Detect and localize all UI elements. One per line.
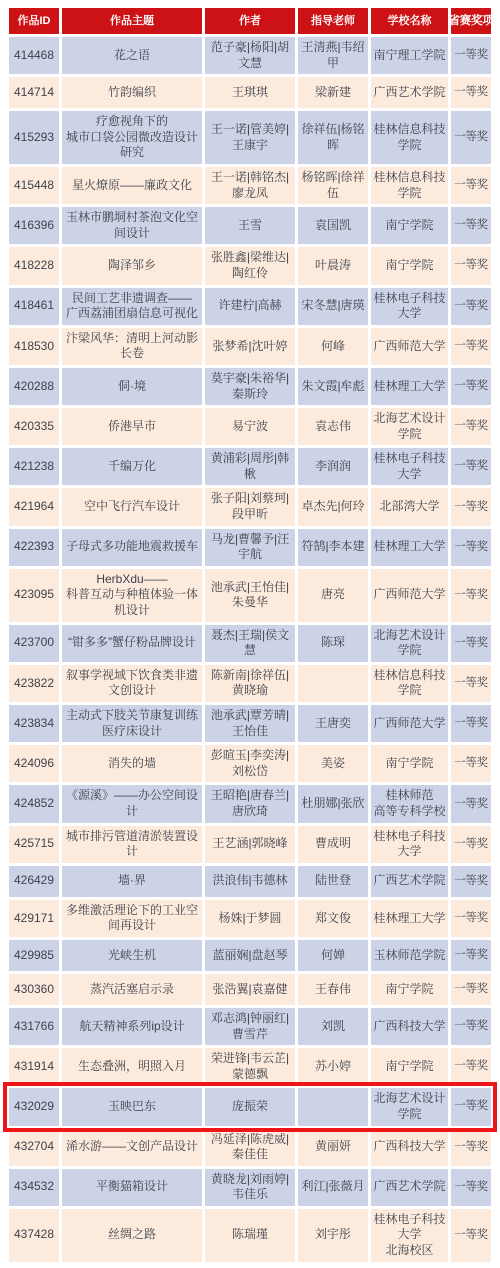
cell-work-id: 432704 [9, 1129, 59, 1166]
cell-topic: 城市排污管道清淤装置设计 [62, 826, 202, 863]
cell-school: 桂林理工大学 [371, 368, 448, 405]
cell-work-id: 429985 [9, 940, 59, 971]
cell-topic: 蒸汽活塞启示录 [62, 974, 202, 1005]
cell-work-id: 421238 [9, 448, 59, 485]
cell-topic: 生态叠洲，明照入月 [62, 1048, 202, 1085]
cell-topic: HerbXdu—— 科普互动与种植体验一体机设计 [62, 569, 202, 622]
cell-award: 一等奖 [451, 408, 491, 445]
cell-topic: 消失的墙 [62, 745, 202, 782]
cell-award: 一等奖 [451, 111, 491, 164]
table-row: 429171 多维激活理论下的工业空间再设计 杨姝|于梦圆 郑文俊 桂林理工大学… [9, 900, 491, 937]
cell-work-id: 430360 [9, 974, 59, 1005]
cell-work-id: 422393 [9, 529, 59, 566]
cell-topic: 丝绸之路 [62, 1209, 202, 1262]
cell-topic: 疗愈视角下的 城市口袋公园微改造设计研究 [62, 111, 202, 164]
table-row: 423700 “钳多多”蟹仔粉品牌设计 聂杰|王瑞|侯文慧 陈琛 北海艺术设计学… [9, 625, 491, 662]
cell-authors: 池承武|王怡佳|朱曼华 [205, 569, 295, 622]
cell-teachers: 杜朋娜|张欣 [298, 785, 368, 822]
table-row: 423834 主动式下肢关节康复训练医疗床设计 池承武|覃芳晴|王怡佳 王唐奕 … [9, 705, 491, 742]
cell-authors: 冯延泽|陈虎威|秦佳佳 [205, 1129, 295, 1166]
cell-authors: 黄晓龙|刘雨婷|韦佳乐 [205, 1169, 295, 1206]
cell-award: 一等奖 [451, 1048, 491, 1085]
cell-school: 北海艺术设计学院 [371, 1088, 448, 1125]
cell-authors: 许建柠|高赫 [205, 288, 295, 325]
table-row: 432029 玉映巴东 庞振荣 北海艺术设计学院 一等奖 [9, 1088, 491, 1125]
cell-school: 南宁学院 [371, 1048, 448, 1085]
cell-school: 广西艺术学院 [371, 77, 448, 108]
cell-authors: 张梦希|沈叶婷 [205, 328, 295, 365]
cell-teachers: 刘宇彤 [298, 1209, 368, 1262]
cell-award: 一等奖 [451, 665, 491, 702]
cell-work-id: 420335 [9, 408, 59, 445]
table-row: 420288 侗·境 莫宇豪|朱裕华|秦斯玲 朱文霞|牟彪 桂林理工大学 一等奖 [9, 368, 491, 405]
cell-award: 一等奖 [451, 1008, 491, 1045]
cell-teachers: 利江|张薇月 [298, 1169, 368, 1206]
cell-teachers: 王唐奕 [298, 705, 368, 742]
cell-award: 一等奖 [451, 77, 491, 108]
cell-school: 广西师范大学 [371, 705, 448, 742]
cell-authors: 王一诺|韩铭杰|廖龙凤 [205, 167, 295, 204]
cell-work-id: 431914 [9, 1048, 59, 1085]
cell-work-id: 424096 [9, 745, 59, 782]
table-row: 420335 侨港早市 易宁波 袁志伟 北海艺术设计学院 一等奖 [9, 408, 491, 445]
table-row: 422393 子母式多功能地震救援车 马龙|曹馨予|汪宇航 符鹄|李本建 桂林理… [9, 529, 491, 566]
cell-school: 南宁学院 [371, 974, 448, 1005]
header-cell-authors: 作者 [205, 8, 295, 34]
cell-school: 南宁学院 [371, 207, 448, 244]
cell-work-id: 415293 [9, 111, 59, 164]
table-row: 429985 光峡生机 蓝丽娴|盘赵琴 何婵 玉林师范学院 一等奖 [9, 940, 491, 971]
table-row: 418530 汴梁风华：清明上河动影长卷 张梦希|沈叶婷 何峰 广西师范大学 一… [9, 328, 491, 365]
cell-award: 一等奖 [451, 826, 491, 863]
cell-teachers [298, 665, 368, 702]
table-row: 421964 空中飞行汽车设计 张子阳|刘蔡珂|段甲昕 卓杰先|何玲 北部湾大学… [9, 488, 491, 525]
cell-authors: 荣进锋|韦云芷|蒙德飘 [205, 1048, 295, 1085]
table-row: 437428 丝绸之路 陈瑞瑾 刘宇彤 桂林电子科技大学 北海校区 一等奖 [9, 1209, 491, 1262]
cell-teachers: 袁国凯 [298, 207, 368, 244]
cell-topic: 叙事学视域下饮食类非遗文创设计 [62, 665, 202, 702]
award-results-table: 作品ID 作品主题 作者 指导老师 学校名称 省赛奖项 414468 花之语 范… [0, 0, 500, 1268]
cell-topic: 空中飞行汽车设计 [62, 488, 202, 525]
cell-teachers: 刘凯 [298, 1008, 368, 1045]
cell-work-id: 432029 [9, 1088, 59, 1125]
cell-award: 一等奖 [451, 368, 491, 405]
cell-school: 桂林信息科技学院 [371, 111, 448, 164]
cell-topic: 陶泽邹乡 [62, 247, 202, 284]
cell-school: 桂林信息科技学院 [371, 167, 448, 204]
cell-teachers: 郑文俊 [298, 900, 368, 937]
cell-authors: 蓝丽娴|盘赵琴 [205, 940, 295, 971]
cell-school: 北部湾大学 [371, 488, 448, 525]
table-row: 418461 民间工艺非遗调查—— 广西荔浦团扇信息可视化 许建柠|高赫 宋冬慧… [9, 288, 491, 325]
cell-school: 桂林电子科技大学 [371, 826, 448, 863]
cell-teachers: 陆世登 [298, 866, 368, 897]
table-row: 418228 陶泽邹乡 张胜鑫|梁维达|陶红伶 叶晨涛 南宁学院 一等奖 [9, 247, 491, 284]
table-row: 426429 墙·界 洪浪伟|韦德林 陆世登 广西艺术学院 一等奖 [9, 866, 491, 897]
cell-topic: 光峡生机 [62, 940, 202, 971]
cell-work-id: 429171 [9, 900, 59, 937]
table-row: 431914 生态叠洲，明照入月 荣进锋|韦云芷|蒙德飘 苏小婷 南宁学院 一等… [9, 1048, 491, 1085]
cell-topic: 航天精神系列ip设计 [62, 1008, 202, 1045]
cell-authors: 聂杰|王瑞|侯文慧 [205, 625, 295, 662]
cell-authors: 王琪琪 [205, 77, 295, 108]
cell-work-id: 424852 [9, 785, 59, 822]
cell-teachers: 苏小婷 [298, 1048, 368, 1085]
table-row: 423822 叙事学视域下饮食类非遗文创设计 陈新南|徐祥伍|黄晓瑜 桂林信息科… [9, 665, 491, 702]
cell-school: 桂林电子科技大学 [371, 448, 448, 485]
table-row: 430360 蒸汽活塞启示录 张浩翼|袁嘉健 王春伟 南宁学院 一等奖 [9, 974, 491, 1005]
cell-authors: 彭暄玉|李奕涛|刘松岱 [205, 745, 295, 782]
cell-award: 一等奖 [451, 448, 491, 485]
cell-school: 桂林电子科技大学 [371, 288, 448, 325]
cell-topic: 平衡猫箱设计 [62, 1169, 202, 1206]
cell-work-id: 423822 [9, 665, 59, 702]
cell-authors: 王一诺|管美婷|王康宇 [205, 111, 295, 164]
cell-award: 一等奖 [451, 745, 491, 782]
cell-school: 桂林信息科技学院 [371, 665, 448, 702]
cell-work-id: 418228 [9, 247, 59, 284]
cell-school: 广西师范大学 [371, 328, 448, 365]
cell-school: 南宁理工学院 [371, 37, 448, 74]
cell-teachers: 何婵 [298, 940, 368, 971]
cell-authors: 陈新南|徐祥伍|黄晓瑜 [205, 665, 295, 702]
cell-award: 一等奖 [451, 625, 491, 662]
cell-teachers: 宋冬慧|唐瑛 [298, 288, 368, 325]
cell-authors: 池承武|覃芳晴|王怡佳 [205, 705, 295, 742]
cell-topic: 墙·界 [62, 866, 202, 897]
cell-authors: 莫宇豪|朱裕华|秦斯玲 [205, 368, 295, 405]
cell-teachers: 梁新建 [298, 77, 368, 108]
cell-authors: 王艺涵|郭晓峰 [205, 826, 295, 863]
cell-authors: 王昭艳|唐春兰|唐欣琦 [205, 785, 295, 822]
cell-authors: 洪浪伟|韦德林 [205, 866, 295, 897]
cell-topic: 汴梁风华：清明上河动影长卷 [62, 328, 202, 365]
table-row: 431766 航天精神系列ip设计 邓志鸿|钟丽红|曹雪芹 刘凯 广西科技大学 … [9, 1008, 491, 1045]
header-cell-teachers: 指导老师 [298, 8, 368, 34]
cell-topic: 民间工艺非遗调查—— 广西荔浦团扇信息可视化 [62, 288, 202, 325]
cell-teachers: 袁志伟 [298, 408, 368, 445]
cell-work-id: 421964 [9, 488, 59, 525]
cell-teachers [298, 1088, 368, 1125]
cell-topic: 花之语 [62, 37, 202, 74]
table-row: 432704 浠水游——文创产品设计 冯延泽|陈虎威|秦佳佳 黄丽妍 广西科技大… [9, 1129, 491, 1166]
table-row: 415448 星火燎原——廉政文化 王一诺|韩铭杰|廖龙凤 杨铭晖|徐祥伍 桂林… [9, 167, 491, 204]
cell-authors: 黄浦彩|周彤|韩楸 [205, 448, 295, 485]
cell-teachers: 王春伟 [298, 974, 368, 1005]
cell-school: 玉林师范学院 [371, 940, 448, 971]
cell-topic: “钳多多”蟹仔粉品牌设计 [62, 625, 202, 662]
header-cell-work-id: 作品ID [9, 8, 59, 34]
cell-award: 一等奖 [451, 569, 491, 622]
cell-award: 一等奖 [451, 940, 491, 971]
cell-teachers: 徐祥伍|杨铭晖 [298, 111, 368, 164]
cell-work-id: 423700 [9, 625, 59, 662]
cell-award: 一等奖 [451, 1129, 491, 1166]
cell-work-id: 420288 [9, 368, 59, 405]
cell-award: 一等奖 [451, 288, 491, 325]
cell-teachers: 黄丽妍 [298, 1129, 368, 1166]
cell-teachers: 陈琛 [298, 625, 368, 662]
cell-award: 一等奖 [451, 207, 491, 244]
cell-award: 一等奖 [451, 1169, 491, 1206]
cell-topic: 玉映巴东 [62, 1088, 202, 1125]
cell-topic: 竹韵编织 [62, 77, 202, 108]
table-header-row: 作品ID 作品主题 作者 指导老师 学校名称 省赛奖项 [9, 8, 491, 34]
cell-topic: 星火燎原——廉政文化 [62, 167, 202, 204]
cell-work-id: 423095 [9, 569, 59, 622]
cell-topic: 侗·境 [62, 368, 202, 405]
cell-authors: 邓志鸿|钟丽红|曹雪芹 [205, 1008, 295, 1045]
cell-award: 一等奖 [451, 866, 491, 897]
cell-teachers: 叶晨涛 [298, 247, 368, 284]
cell-work-id: 415448 [9, 167, 59, 204]
cell-work-id: 423834 [9, 705, 59, 742]
table-row: 414714 竹韵编织 王琪琪 梁新建 广西艺术学院 一等奖 [9, 77, 491, 108]
cell-teachers: 王清燕|韦绍甲 [298, 37, 368, 74]
cell-award: 一等奖 [451, 1088, 491, 1125]
cell-award: 一等奖 [451, 705, 491, 742]
cell-authors: 易宁波 [205, 408, 295, 445]
cell-topic: 浠水游——文创产品设计 [62, 1129, 202, 1166]
cell-topic: 多维激活理论下的工业空间再设计 [62, 900, 202, 937]
cell-teachers: 杨铭晖|徐祥伍 [298, 167, 368, 204]
cell-school: 广西艺术学院 [371, 1169, 448, 1206]
cell-teachers: 卓杰先|何玲 [298, 488, 368, 525]
cell-topic: 主动式下肢关节康复训练医疗床设计 [62, 705, 202, 742]
cell-school: 桂林电子科技大学 北海校区 [371, 1209, 448, 1262]
cell-school: 桂林理工大学 [371, 529, 448, 566]
cell-work-id: 426429 [9, 866, 59, 897]
table-row: 414468 花之语 范子豪|杨阳|胡文慧 王清燕|韦绍甲 南宁理工学院 一等奖 [9, 37, 491, 74]
cell-work-id: 418530 [9, 328, 59, 365]
cell-teachers: 符鹄|李本建 [298, 529, 368, 566]
cell-topic: 《源溪》——办公空间设计 [62, 785, 202, 822]
cell-work-id: 437428 [9, 1209, 59, 1262]
table-row: 424096 消失的墙 彭暄玉|李奕涛|刘松岱 美姿 南宁学院 一等奖 [9, 745, 491, 782]
header-cell-topic: 作品主题 [62, 8, 202, 34]
cell-teachers: 美姿 [298, 745, 368, 782]
cell-topic: 子母式多功能地震救援车 [62, 529, 202, 566]
cell-award: 一等奖 [451, 785, 491, 822]
cell-award: 一等奖 [451, 488, 491, 525]
cell-school: 桂林理工大学 [371, 900, 448, 937]
cell-authors: 庞振荣 [205, 1088, 295, 1125]
cell-work-id: 434532 [9, 1169, 59, 1206]
table-row: 424852 《源溪》——办公空间设计 王昭艳|唐春兰|唐欣琦 杜朋娜|张欣 桂… [9, 785, 491, 822]
cell-school: 北海艺术设计学院 [371, 408, 448, 445]
cell-work-id: 425715 [9, 826, 59, 863]
cell-authors: 马龙|曹馨予|汪宇航 [205, 529, 295, 566]
table-row: 421238 千编万化 黄浦彩|周彤|韩楸 李润润 桂林电子科技大学 一等奖 [9, 448, 491, 485]
cell-school: 南宁学院 [371, 247, 448, 284]
cell-work-id: 414468 [9, 37, 59, 74]
cell-award: 一等奖 [451, 529, 491, 566]
cell-school: 广西艺术学院 [371, 866, 448, 897]
cell-school: 广西科技大学 [371, 1008, 448, 1045]
header-cell-award: 省赛奖项 [451, 8, 491, 34]
cell-teachers: 朱文霞|牟彪 [298, 368, 368, 405]
cell-award: 一等奖 [451, 37, 491, 74]
cell-school: 北海艺术设计学院 [371, 625, 448, 662]
cell-topic: 玉林市鹏垌村茶泡文化空间设计 [62, 207, 202, 244]
cell-school: 广西师范大学 [371, 569, 448, 622]
table-row: 415293 疗愈视角下的 城市口袋公园微改造设计研究 王一诺|管美婷|王康宇 … [9, 111, 491, 164]
cell-topic: 千编万化 [62, 448, 202, 485]
table-row: 434532 平衡猫箱设计 黄晓龙|刘雨婷|韦佳乐 利江|张薇月 广西艺术学院 … [9, 1169, 491, 1206]
cell-work-id: 418461 [9, 288, 59, 325]
table-row: 425715 城市排污管道清淤装置设计 王艺涵|郭晓峰 曹成明 桂林电子科技大学… [9, 826, 491, 863]
cell-award: 一等奖 [451, 167, 491, 204]
cell-teachers: 何峰 [298, 328, 368, 365]
cell-topic: 侨港早市 [62, 408, 202, 445]
cell-work-id: 416396 [9, 207, 59, 244]
cell-teachers: 曹成明 [298, 826, 368, 863]
cell-authors: 范子豪|杨阳|胡文慧 [205, 37, 295, 74]
cell-authors: 张浩翼|袁嘉健 [205, 974, 295, 1005]
table-row: 423095 HerbXdu—— 科普互动与种植体验一体机设计 池承武|王怡佳|… [9, 569, 491, 622]
cell-award: 一等奖 [451, 974, 491, 1005]
cell-award: 一等奖 [451, 247, 491, 284]
cell-authors: 陈瑞瑾 [205, 1209, 295, 1262]
cell-school: 桂林师范 高等专科学校 [371, 785, 448, 822]
cell-work-id: 414714 [9, 77, 59, 108]
cell-school: 广西科技大学 [371, 1129, 448, 1166]
cell-authors: 杨姝|于梦圆 [205, 900, 295, 937]
cell-award: 一等奖 [451, 900, 491, 937]
cell-authors: 张子阳|刘蔡珂|段甲昕 [205, 488, 295, 525]
cell-award: 一等奖 [451, 328, 491, 365]
cell-authors: 王雪 [205, 207, 295, 244]
cell-teachers: 唐亮 [298, 569, 368, 622]
header-cell-school: 学校名称 [371, 8, 448, 34]
cell-teachers: 李润润 [298, 448, 368, 485]
table-row: 416396 玉林市鹏垌村茶泡文化空间设计 王雪 袁国凯 南宁学院 一等奖 [9, 207, 491, 244]
cell-authors: 张胜鑫|梁维达|陶红伶 [205, 247, 295, 284]
cell-work-id: 431766 [9, 1008, 59, 1045]
cell-award: 一等奖 [451, 1209, 491, 1262]
cell-school: 南宁学院 [371, 745, 448, 782]
